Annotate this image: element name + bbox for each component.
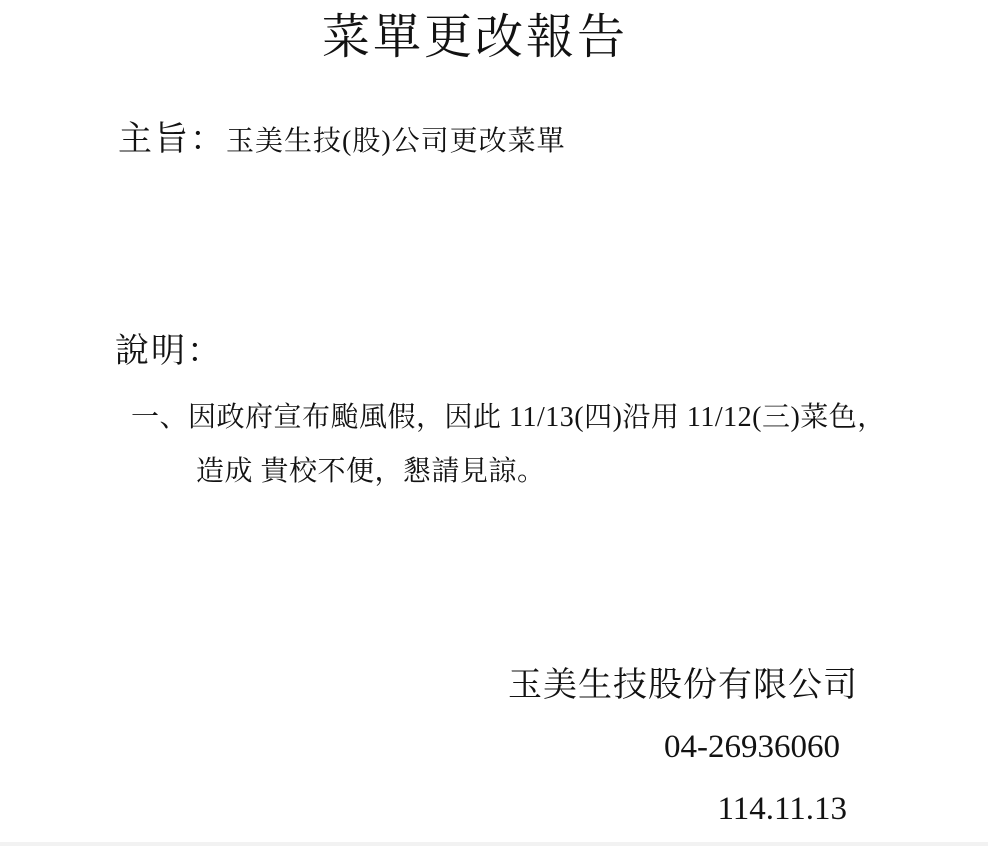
page-bottom-edge	[0, 842, 988, 846]
document-page: 菜單更改報告 主旨：玉美生技(股)公司更改菜單 說明： 一、因政府宣布颱風假，因…	[0, 0, 988, 846]
explanation-label: 說明：	[115, 332, 223, 373]
signature-company: 玉美生技股份有限公司	[508, 666, 858, 707]
explanation-line-2: 造成 貴校不便，懇請見諒。	[196, 454, 546, 490]
explanation-line-1: 一、因政府宣布颱風假，因此 11/13(四)沿用 11/12(三)菜色，	[131, 400, 886, 436]
signature-date: 114.11.13	[717, 790, 847, 830]
document-title: 菜單更改報告	[0, 10, 950, 65]
subject-label: 主旨：	[118, 121, 226, 158]
subject-text: 玉美生技(股)公司更改菜單	[226, 126, 566, 157]
subject-line: 主旨：玉美生技(股)公司更改菜單	[118, 120, 566, 161]
signature-phone: 04-26936060	[664, 728, 840, 768]
